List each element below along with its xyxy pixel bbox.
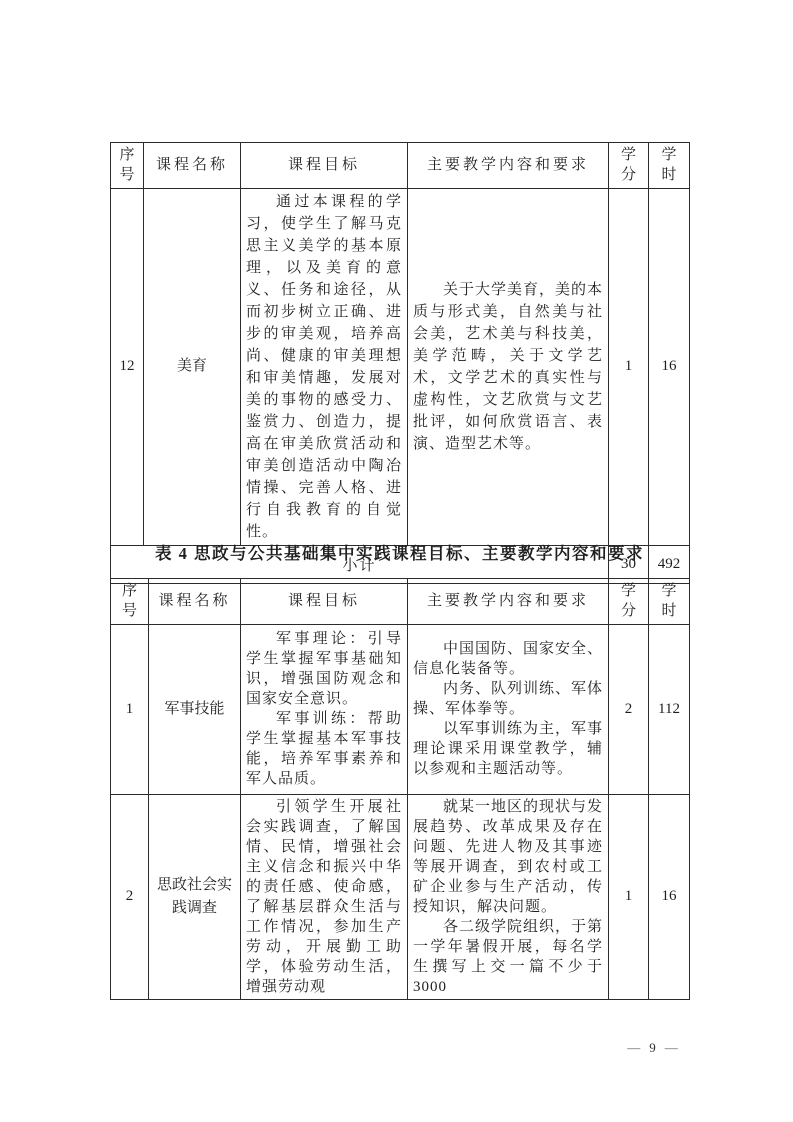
header-hours-label: 学时 (661, 145, 677, 186)
cell-hours: 16 (649, 188, 690, 545)
header-credit-label: 学分 (621, 145, 637, 186)
header-no-label: 序号 (119, 145, 135, 186)
cell-content: 就某一地区的现状与发展趋势、改革成果及存在问题、先进人物及其事迹等展开调查，到农… (408, 794, 609, 999)
header-cell-hours: 学时 (649, 579, 690, 625)
header-cell-no: 序号 (111, 143, 144, 189)
cell-hours: 112 (649, 624, 690, 794)
table-header-row: 序号 课程名称 课程目标 主要教学内容和要求 学分 学时 (111, 579, 690, 625)
paragraph: 各二级学院组织，于第一学年暑假开展，每名学生撰写上交一篇不少于 3000 (413, 917, 603, 997)
header-credit-label: 学分 (621, 581, 637, 622)
header-cell-content: 主要教学内容和要求 (408, 143, 609, 189)
practice-course-table: 序号 课程名称 课程目标 主要教学内容和要求 学分 学时 1 军事技能 军事理论… (110, 578, 690, 1000)
paragraph: 内务、队列训练、军体操、军体拳等。 (413, 679, 603, 719)
course-table-continued: 序号 课程名称 课程目标 主要教学内容和要求 学分 学时 12 美育 通过本课程… (110, 142, 690, 584)
header-cell-hours: 学时 (649, 143, 690, 189)
paragraph: 就某一地区的现状与发展趋势、改革成果及存在问题、先进人物及其事迹等展开调查，到农… (413, 797, 603, 917)
table-row: 12 美育 通过本课程的学习，使学生了解马克思主义美学的基本原理，以及美育的意义… (111, 188, 690, 545)
header-hours-label: 学时 (661, 581, 677, 622)
cell-credit: 2 (609, 624, 649, 794)
cell-credit: 1 (609, 794, 649, 999)
paragraph: 引领学生开展社会实践调查，了解国情、民情，增强社会主义信念和振兴中华的责任感、使… (246, 797, 402, 997)
cell-course-name: 思政社会实践调查 (149, 794, 241, 999)
paragraph: 中国国防、国家安全、信息化装备等。 (413, 639, 603, 679)
cell-row-no: 2 (111, 794, 149, 999)
page-number: 9 (649, 1040, 656, 1056)
table-row: 2 思政社会实践调查 引领学生开展社会实践调查，了解国情、民情，增强社会主义信念… (111, 794, 690, 999)
header-cell-course-goal: 课程目标 (241, 143, 408, 189)
page-footer: — 9 — (610, 1040, 695, 1056)
cell-course-goal: 军事理论：引导学生掌握军事基础知识，增强国防观念和国家安全意识。军事训练：帮助学… (241, 624, 408, 794)
paragraph: 以军事训练为主，军事理论课采用课堂教学，辅以参观和主题活动等。 (413, 719, 603, 779)
footer-left-dash: — (627, 1040, 640, 1056)
cell-course-goal: 引领学生开展社会实践调查，了解国情、民情，增强社会主义信念和振兴中华的责任感、使… (241, 794, 408, 999)
cell-content: 关于大学美育，美的本质与形式美，自然美与社会美，艺术美与科技美，美学范畴，关于文… (408, 188, 609, 545)
cell-course-name: 军事技能 (149, 624, 241, 794)
table-row: 1 军事技能 军事理论：引导学生掌握军事基础知识，增强国防观念和国家安全意识。军… (111, 624, 690, 794)
cell-row-no: 12 (111, 188, 144, 545)
document-page: 序号 课程名称 课程目标 主要教学内容和要求 学分 学时 12 美育 通过本课程… (0, 0, 793, 1122)
header-cell-no: 序号 (111, 579, 149, 625)
header-cell-course-name: 课程名称 (149, 579, 241, 625)
header-cell-credit: 学分 (609, 579, 649, 625)
paragraph: 军事训练：帮助学生掌握基本军事技能，培养军事素养和军人品质。 (246, 709, 402, 789)
cell-course-goal: 通过本课程的学习，使学生了解马克思主义美学的基本原理，以及美育的意义、任务和途径… (241, 188, 408, 545)
header-cell-credit: 学分 (609, 143, 649, 189)
paragraph: 关于大学美育，美的本质与形式美，自然美与社会美，艺术美与科技美，美学范畴，关于文… (413, 279, 603, 455)
cell-hours: 16 (649, 794, 690, 999)
footer-right-dash: — (665, 1040, 678, 1056)
paragraph: 军事理论：引导学生掌握军事基础知识，增强国防观念和国家安全意识。 (246, 629, 402, 709)
header-cell-content: 主要教学内容和要求 (408, 579, 609, 625)
paragraph: 通过本课程的学习，使学生了解马克思主义美学的基本原理，以及美育的意义、任务和途径… (246, 191, 402, 543)
header-cell-course-name: 课程名称 (144, 143, 241, 189)
table4-title: 表 4 思政与公共基础集中实践课程目标、主要教学内容和要求 (110, 540, 689, 564)
cell-row-no: 1 (111, 624, 149, 794)
cell-course-name: 美育 (144, 188, 241, 545)
table-header-row: 序号 课程名称 课程目标 主要教学内容和要求 学分 学时 (111, 143, 690, 189)
cell-credit: 1 (609, 188, 649, 545)
header-cell-course-goal: 课程目标 (241, 579, 408, 625)
cell-content: 中国国防、国家安全、信息化装备等。内务、队列训练、军体操、军体拳等。以军事训练为… (408, 624, 609, 794)
